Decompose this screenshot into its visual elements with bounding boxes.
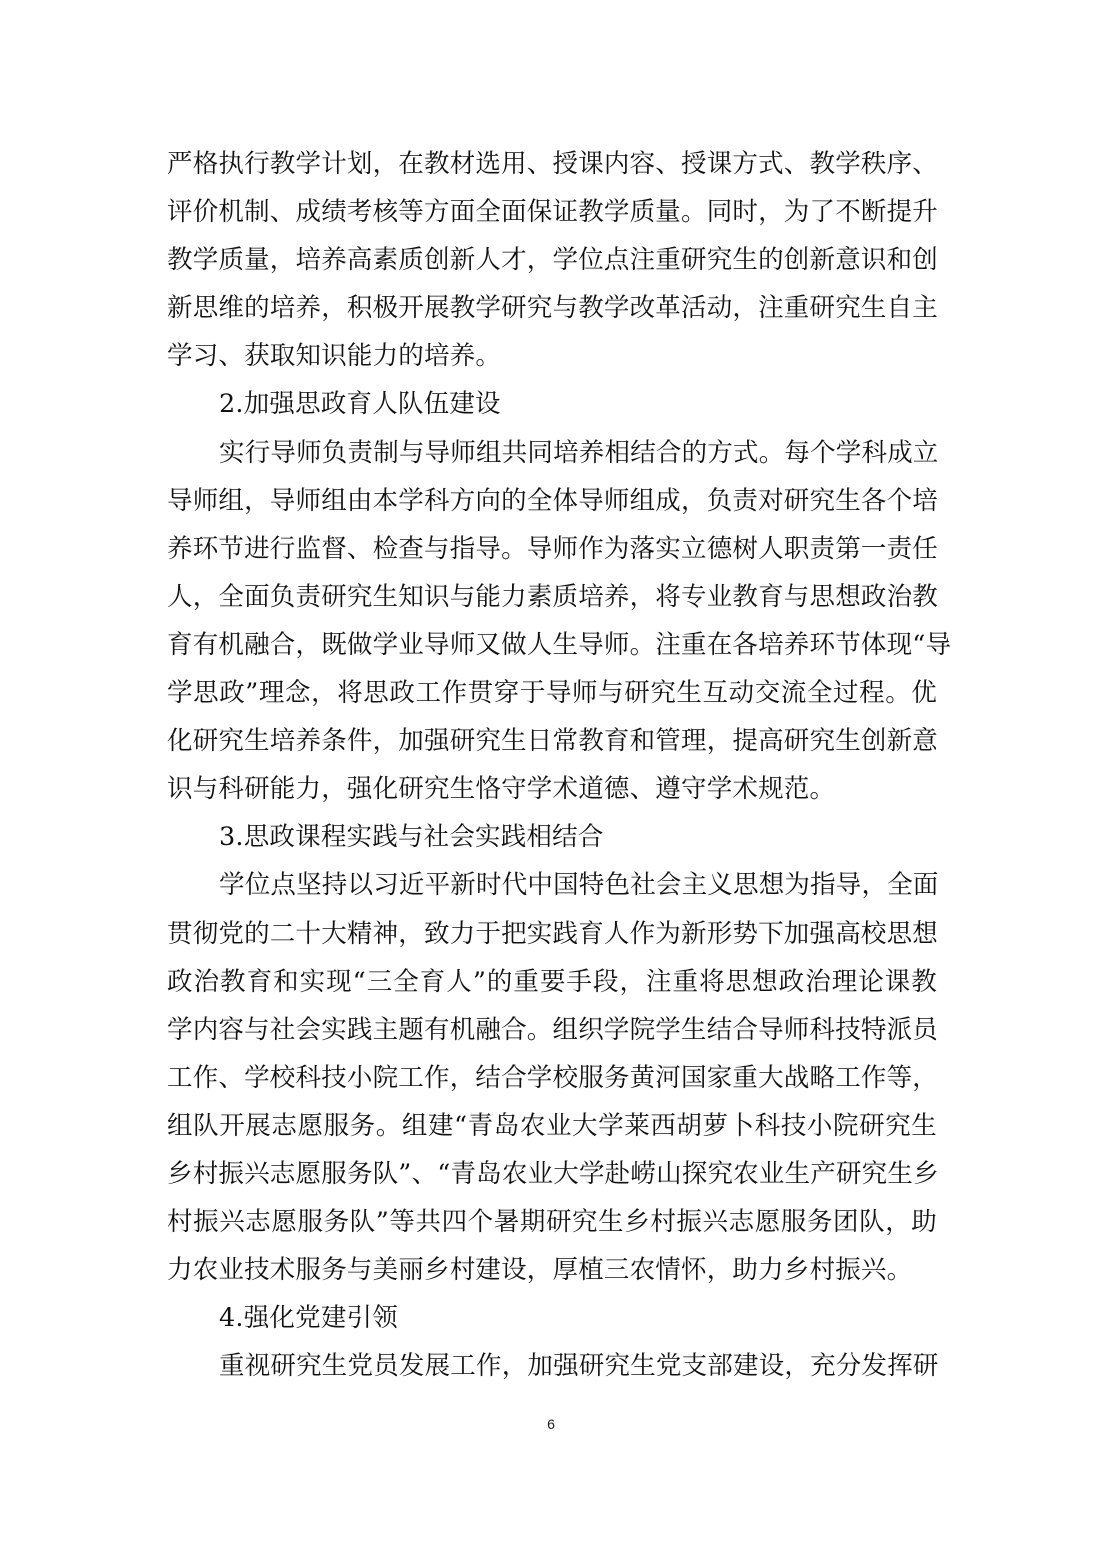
text-line: 力农业技术服务与美丽乡村建设，厚植三农情怀，助力乡村振兴。 xyxy=(167,1246,937,1294)
text-line: 学思政”理念，将思政工作贯穿于导师与研究生互动交流全过程。优 xyxy=(167,669,937,717)
text-line: 化研究生培养条件，加强研究生日常教育和管理，提高研究生创新意 xyxy=(167,717,937,765)
text-line: 政治教育和实现“三全育人”的重要手段，注重将思想政治理论课教 xyxy=(167,958,937,1006)
text-line: 重视研究生党员发展工作，加强研究生党支部建设，充分发挥研 xyxy=(167,1342,937,1390)
section-heading-2: 2.加强思政育人队伍建设 xyxy=(167,380,937,428)
section-heading-3: 3.思政课程实践与社会实践相结合 xyxy=(167,813,937,861)
text-line: 育有机融合，既做学业导师又做人生导师。注重在各培养环节体现“导 xyxy=(167,621,937,669)
text-line: 学位点坚持以习近平新时代中国特色社会主义思想为指导，全面 xyxy=(167,861,937,909)
text-line: 养环节进行监督、检查与指导。导师作为落实立德树人职责第一责任 xyxy=(167,525,937,573)
section-heading-4: 4.强化党建引领 xyxy=(167,1294,937,1342)
text-line: 贯彻党的二十大精神，致力于把实践育人作为新形势下加强高校思想 xyxy=(167,910,937,958)
text-line: 导师组，导师组由本学科方向的全体导师组成，负责对研究生各个培 xyxy=(167,477,937,525)
document-page: 严格执行教学计划，在教材选用、授课内容、授课方式、教学秩序、 评价机制、成绩考核… xyxy=(0,0,1102,1559)
text-line: 新思维的培养，积极开展教学研究与教学改革活动，注重研究生自主 xyxy=(167,284,937,332)
paragraph-social-practice: 学位点坚持以习近平新时代中国特色社会主义思想为指导，全面 贯彻党的二十大精神，致… xyxy=(167,861,937,1294)
document-body: 严格执行教学计划，在教材选用、授课内容、授课方式、教学秩序、 评价机制、成绩考核… xyxy=(167,140,937,1390)
paragraph-party-building: 重视研究生党员发展工作，加强研究生党支部建设，充分发挥研 xyxy=(167,1342,937,1390)
text-line: 乡村振兴志愿服务队”、“青岛农业大学赴崂山探究农业生产研究生乡 xyxy=(167,1150,937,1198)
text-line: 教学质量，培养高素质创新人才，学位点注重研究生的创新意识和创 xyxy=(167,236,937,284)
text-line: 实行导师负责制与导师组共同培养相结合的方式。每个学科成立 xyxy=(167,429,937,477)
page-number: 6 xyxy=(0,1416,1102,1432)
text-line: 严格执行教学计划，在教材选用、授课内容、授课方式、教学秩序、 xyxy=(167,140,937,188)
paragraph-tutor-responsibility: 实行导师负责制与导师组共同培养相结合的方式。每个学科成立 导师组，导师组由本学科… xyxy=(167,429,937,814)
text-line: 学习、获取知识能力的培养。 xyxy=(167,332,937,380)
text-line: 组队开展志愿服务。组建“青岛农业大学莱西胡萝卜科技小院研究生 xyxy=(167,1102,937,1150)
text-line: 识与科研能力，强化研究生恪守学术道德、遵守学术规范。 xyxy=(167,765,937,813)
text-line: 工作、学校科技小院工作，结合学校服务黄河国家重大战略工作等， xyxy=(167,1054,937,1102)
text-line: 村振兴志愿服务队”等共四个暑期研究生乡村振兴志愿服务团队，助 xyxy=(167,1198,937,1246)
text-line: 人，全面负责研究生知识与能力素质培养，将专业教育与思想政治教 xyxy=(167,573,937,621)
text-line: 评价机制、成绩考核等方面全面保证教学质量。同时，为了不断提升 xyxy=(167,188,937,236)
paragraph-teaching-quality: 严格执行教学计划，在教材选用、授课内容、授课方式、教学秩序、 评价机制、成绩考核… xyxy=(167,140,937,380)
text-line: 学内容与社会实践主题有机融合。组织学院学生结合导师科技特派员 xyxy=(167,1006,937,1054)
